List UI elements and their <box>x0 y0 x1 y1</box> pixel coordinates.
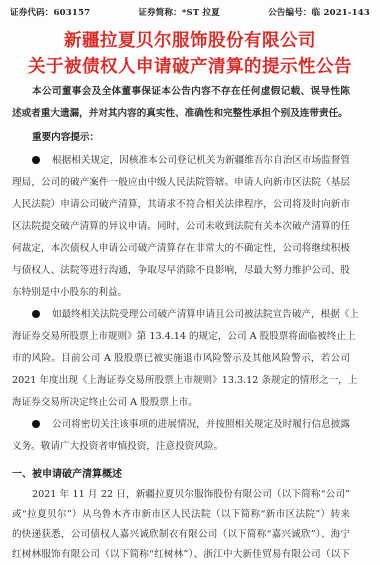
section-1-line-2: 或“拉夏贝尔”）从乌鲁木齐市新市区人民法院（以下简称“新市区法院”）转来 <box>12 508 350 522</box>
bullet-1-line-5: 何裁定，本次债权人申请公司破产清算存在非常大的不确定性，公司将继续积极 <box>12 242 350 256</box>
company-title: 新疆拉夏贝尔服饰股份有限公司 <box>0 27 380 52</box>
announcement-number: 公告编号：临 2021-143 <box>268 6 370 18</box>
section-1-line-4: 红树林服饰有限公司（以下简称“红树林”）、浙江中大新佳贸易有限公司（以下 <box>12 548 350 562</box>
bullet-2-line-5: 海证券交易所决定终止公司 A 股股票上市。 <box>12 396 350 410</box>
bullet-icon <box>32 310 40 318</box>
bullet-icon <box>32 420 40 428</box>
bullet-2-line-2: 海证券交易所股票上市规则》第 13.4.14 的规定，公司 A 股股票将面临被终… <box>12 330 350 344</box>
statement-line-2: 述或者重大遗漏，并对其内容的真实性、准确性和完整性承担个别及连带责任。 <box>12 107 350 121</box>
section-1-line-3: 的快递获悉，公司债权人嘉兴诚欣制衣有限公司（以下简称“嘉兴诚欣”）、海宁 <box>12 528 350 542</box>
announcement-title: 关于被债权人申请破产清算的提示性公告 <box>0 53 380 78</box>
bullet-2-line-3: 市的风险。目前公司 A 股股票已被实施退市风险警示及其他风险警示，若公司 <box>12 352 350 366</box>
bullet-2-line-4: 2021 年度出现《上海证券交易所股票上市规则》13.3.12 条规定的情形之一… <box>12 374 350 388</box>
important-heading: 重要内容提示： <box>32 129 99 143</box>
bullet-1-line-2: 理局，公司的破产案件一般应由中级人民法院管辖。申请人向新市区法院（基层 <box>12 176 350 190</box>
announcement-header: 证券代码：603157 证券简称：*ST 拉夏 公告编号：临 2021-143 <box>10 6 370 18</box>
section-1-line-1: 2021 年 11 月 22 日，新疆拉夏贝尔服饰股份有限公司（以下简称“公司” <box>12 488 350 502</box>
bullet-3-line-1: 公司将密切关注该事项的进展情况，并按照相关规定及时履行信息披露 <box>12 418 350 432</box>
bullet-1-line-4: 区法院提交破产清算的异议申请。同时，公司未收到法院有关本次破产清算的任 <box>12 220 350 234</box>
bullet-3-line-2: 义务。敬请广大投资者审慎投资，注意投资风险。 <box>12 440 350 454</box>
stock-abbreviation: 证券简称：*ST 拉夏 <box>138 6 220 18</box>
bullet-2-line-1: 如最终相关法院受理公司破产清算申请且公司被法院宣告破产，根据《上 <box>12 308 350 322</box>
bullet-1-line-3: 人民法院）申请公司破产清算，其请求不符合相关法律程序，公司将及时向新市 <box>12 198 350 212</box>
bullet-1-line-1: 根据相关规定，因核准本公司登记机关为新疆维吾尔自治区市场监督管 <box>12 154 350 168</box>
section-1-heading: 一、被申请破产清算概述 <box>12 465 122 480</box>
stock-code: 证券代码：603157 <box>10 6 90 18</box>
statement-line-1: 本公司董事会及全体董事保证本公告内容不存在任何虚假记载、误导性陈 <box>12 85 350 99</box>
bullet-1-line-6: 与债权人、法院等进行沟通，争取尽早消除不良影响，尽最大努力维护公司、股 <box>12 264 350 278</box>
announcement-page: 证券代码：603157 证券简称：*ST 拉夏 公告编号：临 2021-143 … <box>0 0 380 565</box>
bullet-icon <box>32 156 40 164</box>
bullet-1-line-7: 东特别是中小股东的利益。 <box>12 286 350 300</box>
